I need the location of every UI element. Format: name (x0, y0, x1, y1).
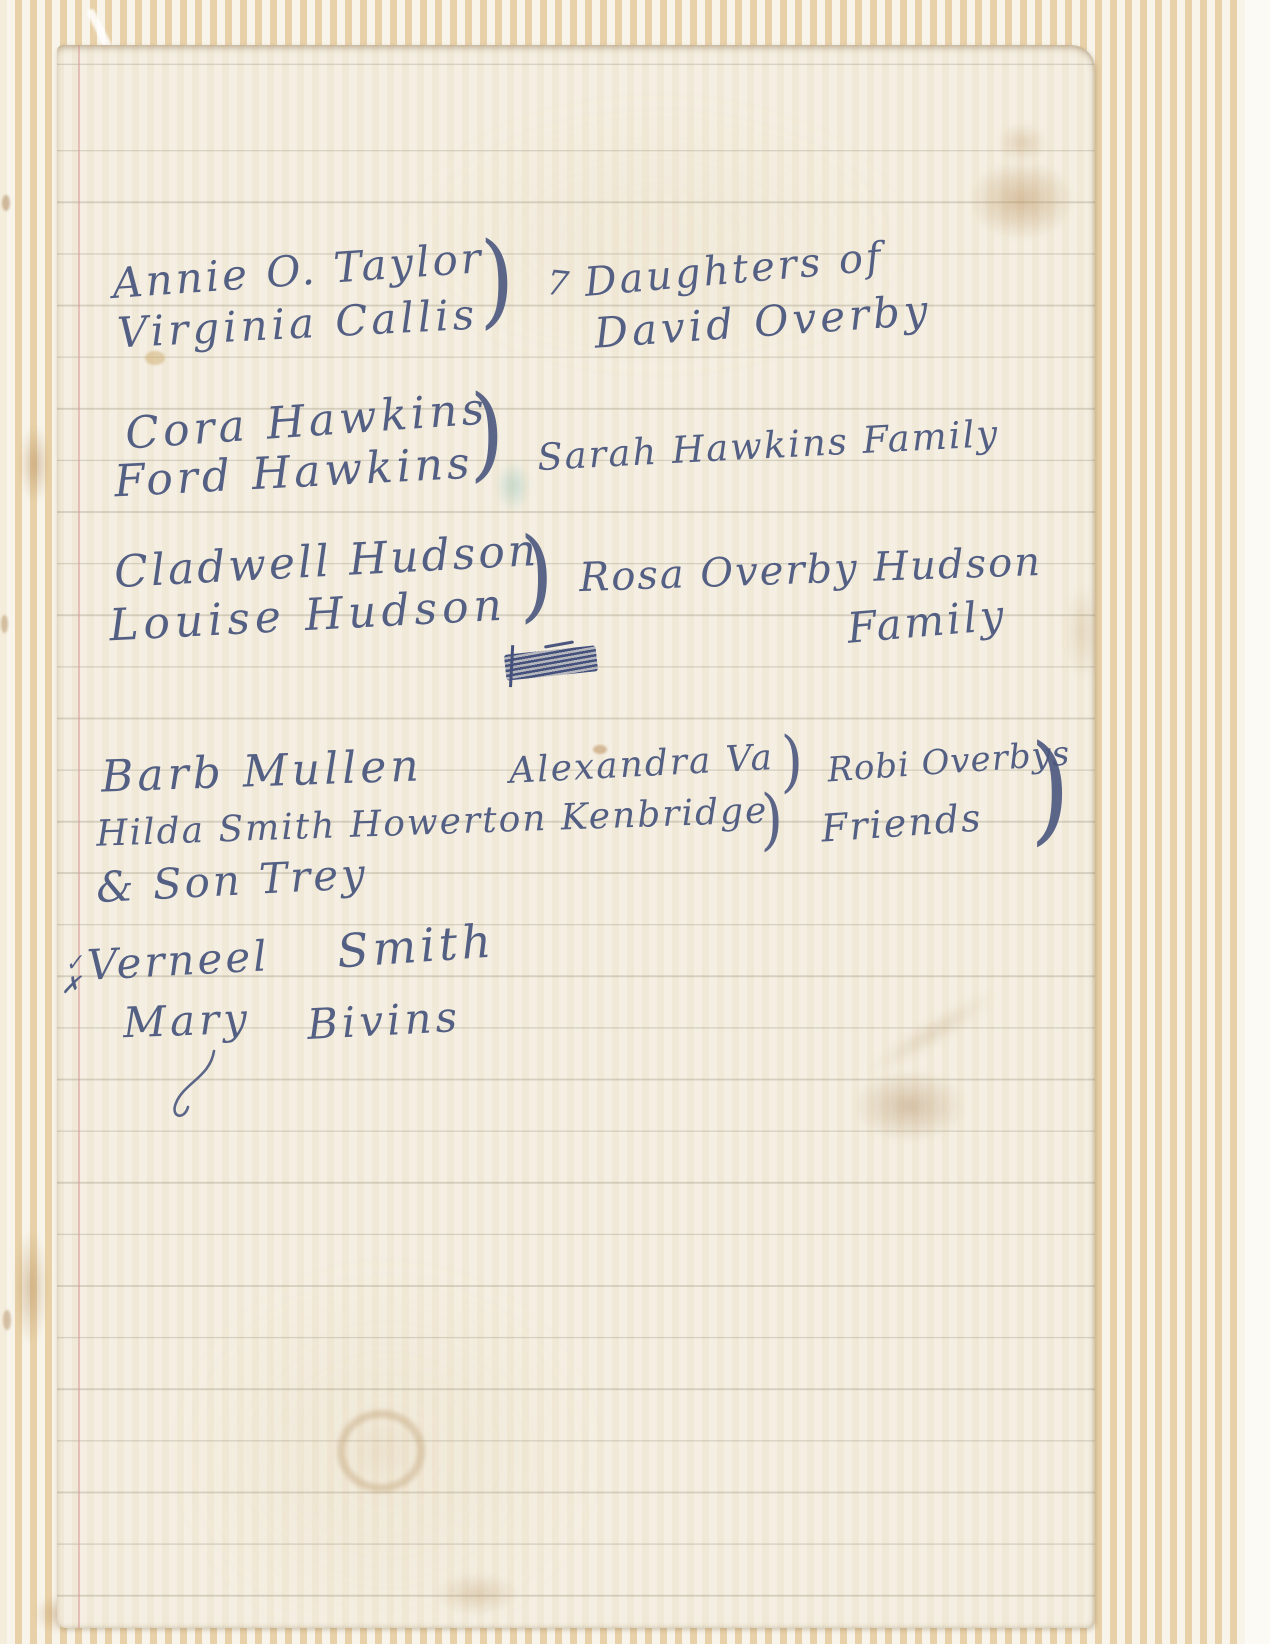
flourish-stroke (152, 1045, 232, 1135)
border-stain (20, 425, 50, 503)
arrow-mark: 7 (545, 266, 570, 302)
grouping-brace: ) (479, 230, 514, 332)
age-stain-bottom (435, 1573, 520, 1615)
grouping-brace: ) (761, 787, 784, 853)
location-alexandra-va: Alexandra Va (508, 740, 775, 790)
label-rosa-overby-hudson: Rosa Overby Hudson (578, 542, 1042, 598)
age-stain (997, 123, 1047, 163)
margin-line (78, 45, 80, 1628)
grouping-brace: ) (781, 729, 804, 795)
label-sarah-hawkins-family: Sarah Hawkins Family (536, 415, 1000, 476)
name-mary: Mary (122, 998, 251, 1044)
border-stain (14, 1230, 48, 1345)
paper-sheet: Annie O. Taylor Virginia Callis ) 7 Daug… (57, 45, 1095, 1628)
age-stain (852, 1070, 967, 1142)
page-edge-left (0, 0, 10, 1644)
ring-stain (337, 1410, 425, 1492)
age-stain (1065, 585, 1095, 680)
name-verneel: Verneel (86, 935, 271, 986)
age-wash (177, 1265, 597, 1628)
x-mark: ✗ (61, 973, 81, 997)
name-bivins: Bivins (306, 996, 462, 1046)
grouping-brace: ) (469, 383, 504, 485)
grouping-brace: ) (519, 525, 553, 625)
age-stain-smear (862, 982, 1003, 1084)
age-stain-top-right (969, 160, 1074, 240)
scribbled-out-word (504, 645, 598, 680)
name-hilda-smith-howerton-kenbridge: Hilda Smith Howerton Kenbridge (96, 793, 769, 852)
name-and-son-trey: & Son Trey (95, 853, 369, 909)
name-barb-mullen: Barb Mullen (100, 744, 423, 799)
grouping-brace-large: ) (1030, 729, 1071, 847)
label-friends: Friends (820, 798, 984, 847)
album-page-background: Annie O. Taylor Virginia Callis ) 7 Daug… (0, 0, 1270, 1644)
page-edge-right (1245, 0, 1270, 1644)
label-family: Family (845, 594, 1008, 650)
name-smith: Smith (336, 918, 497, 975)
